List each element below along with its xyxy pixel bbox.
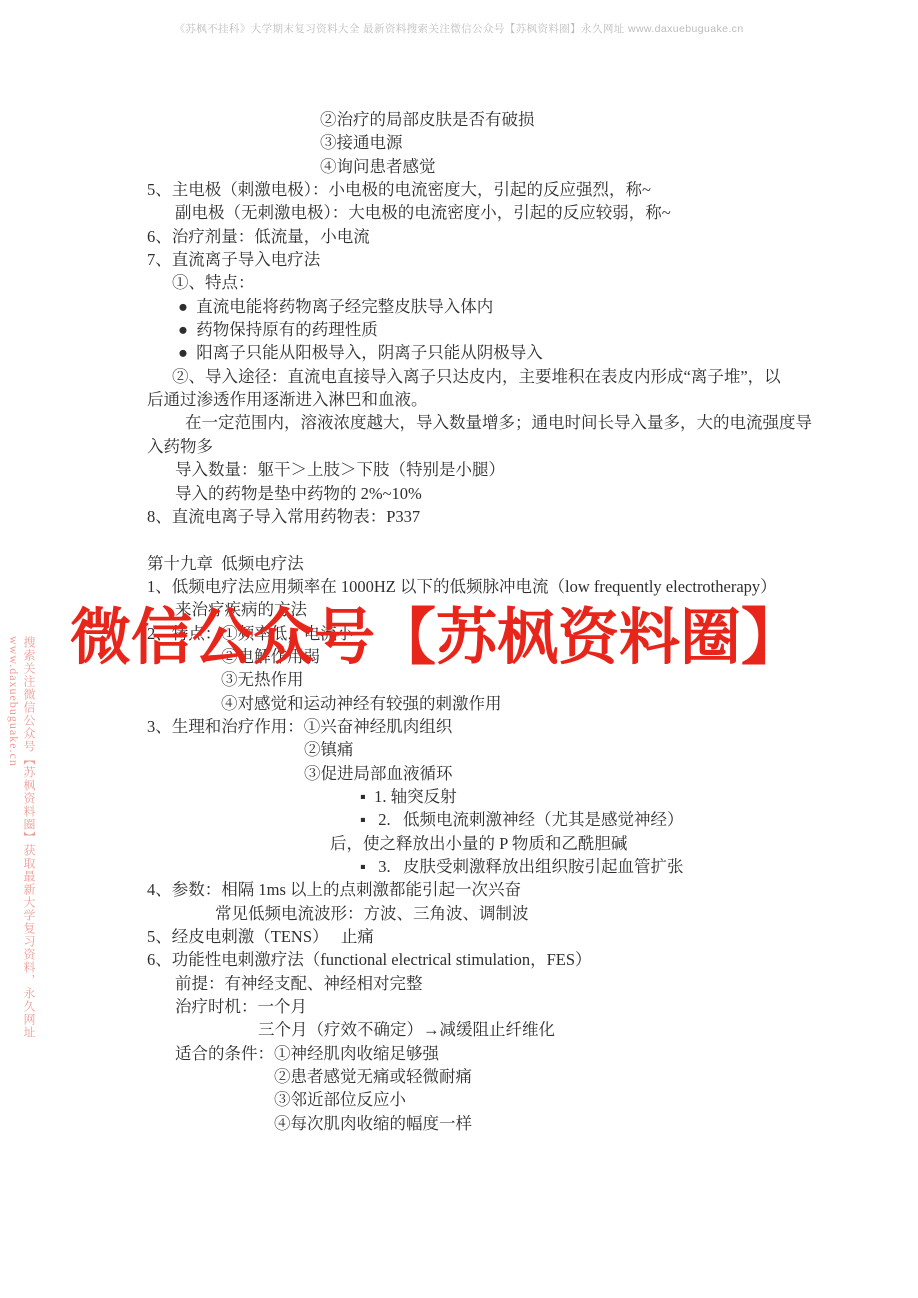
document-page: 《苏枫不挂科》大学期末复习资料大全 最新资料搜索关注微信公众号【苏枫资料圈】永久…	[0, 0, 918, 1298]
doc-line: 第十九章 低频电疗法	[147, 552, 868, 575]
doc-line: ③邻近部位反应小	[147, 1088, 868, 1111]
doc-line: ④询问患者感觉	[147, 155, 868, 178]
doc-line: ▪ 3. 皮肤受刺激释放出组织胺引起血管扩张	[147, 855, 868, 878]
doc-line: ②治疗的局部皮肤是否有破损	[147, 108, 868, 131]
doc-line: ● 阳离子只能从阳极导入，阴离子只能从阴极导入	[147, 341, 868, 364]
doc-line: 治疗时机：一个月	[147, 995, 868, 1018]
doc-line: 副电极（无刺激电极）：大电极的电流密度小，引起的反应较弱，称~	[147, 201, 868, 224]
doc-line: 6、治疗剂量：低流量，小电流	[147, 225, 868, 248]
doc-line: ● 药物保持原有的药理性质	[147, 318, 868, 341]
doc-line: 导入数量：躯干＞上肢＞下肢（特别是小腿）	[147, 458, 868, 481]
doc-line: 入药物多	[147, 435, 868, 458]
doc-line: 常见低频电流波形：方波、三角波、调制波	[147, 902, 868, 925]
page-header-watermark: 《苏枫不挂科》大学期末复习资料大全 最新资料搜索关注微信公众号【苏枫资料圈】永久…	[0, 21, 918, 36]
doc-line: ②镇痛	[147, 738, 868, 761]
doc-line: 6、功能性电刺激疗法（functional electrical stimula…	[147, 948, 868, 971]
doc-line: 1、低频电疗法应用频率在 1000HZ 以下的低频脉冲电流（low freque…	[147, 575, 868, 598]
doc-line: ③接通电源	[147, 131, 868, 154]
doc-line: ④对感觉和运动神经有较强的刺激作用	[147, 692, 868, 715]
doc-line: ● 直流电能将药物离子经完整皮肤导入体内	[147, 295, 868, 318]
doc-line: ②、导入途径：直流电直接导入离子只达皮内，主要堆积在表皮内形成“离子堆”，以	[147, 365, 868, 388]
doc-line: 5、经皮电刺激（TENS） 止痛	[147, 925, 868, 948]
doc-line: 8、直流电离子导入常用药物表：P337	[147, 505, 868, 528]
doc-line: 3、生理和治疗作用：①兴奋神经肌肉组织	[147, 715, 868, 738]
doc-line: ▪ 2. 低频电流刺激神经（尤其是感觉神经）	[147, 808, 868, 831]
doc-line: 后通过渗透作用逐渐进入淋巴和血液。	[147, 388, 868, 411]
doc-line: 前提：有神经支配、神经相对完整	[147, 972, 868, 995]
doc-line: 4、参数：相隔 1ms 以上的点刺激都能引起一次兴奋	[147, 878, 868, 901]
doc-line: ②患者感觉无痛或轻微耐痛	[147, 1065, 868, 1088]
doc-line: 7、直流离子导入电疗法	[147, 248, 868, 271]
watermark-center-text: 微信公众号【苏枫资料圈】	[70, 606, 802, 672]
doc-line: ④每次肌肉收缩的幅度一样	[147, 1112, 868, 1135]
doc-line: 后，使之释放出小量的 P 物质和乙酰胆碱	[147, 832, 868, 855]
doc-line: ①、特点：	[147, 271, 868, 294]
doc-line: 在一定范围内，溶液浓度越大，导入数量增多；通电时间长导入量多，大的电流强度导	[147, 411, 868, 434]
doc-line: 导入的药物是垫中药物的 2%~10%	[147, 482, 868, 505]
watermark-side-vertical-text: 搜索关注微信公众号【苏枫资料圈】获取最新大学复习资料，永久网址www.daxue…	[6, 636, 38, 1076]
doc-line: ③促进局部血液循环	[147, 762, 868, 785]
doc-line: ▪ 1. 轴突反射	[147, 785, 868, 808]
doc-line: 适合的条件：①神经肌肉收缩足够强	[147, 1042, 868, 1065]
doc-line	[147, 528, 868, 551]
doc-line: 三个月（疗效不确定）→减缓阻止纤维化	[147, 1018, 868, 1041]
doc-line: 5、主电极（刺激电极）：小电极的电流密度大，引起的反应强烈，称~	[147, 178, 868, 201]
